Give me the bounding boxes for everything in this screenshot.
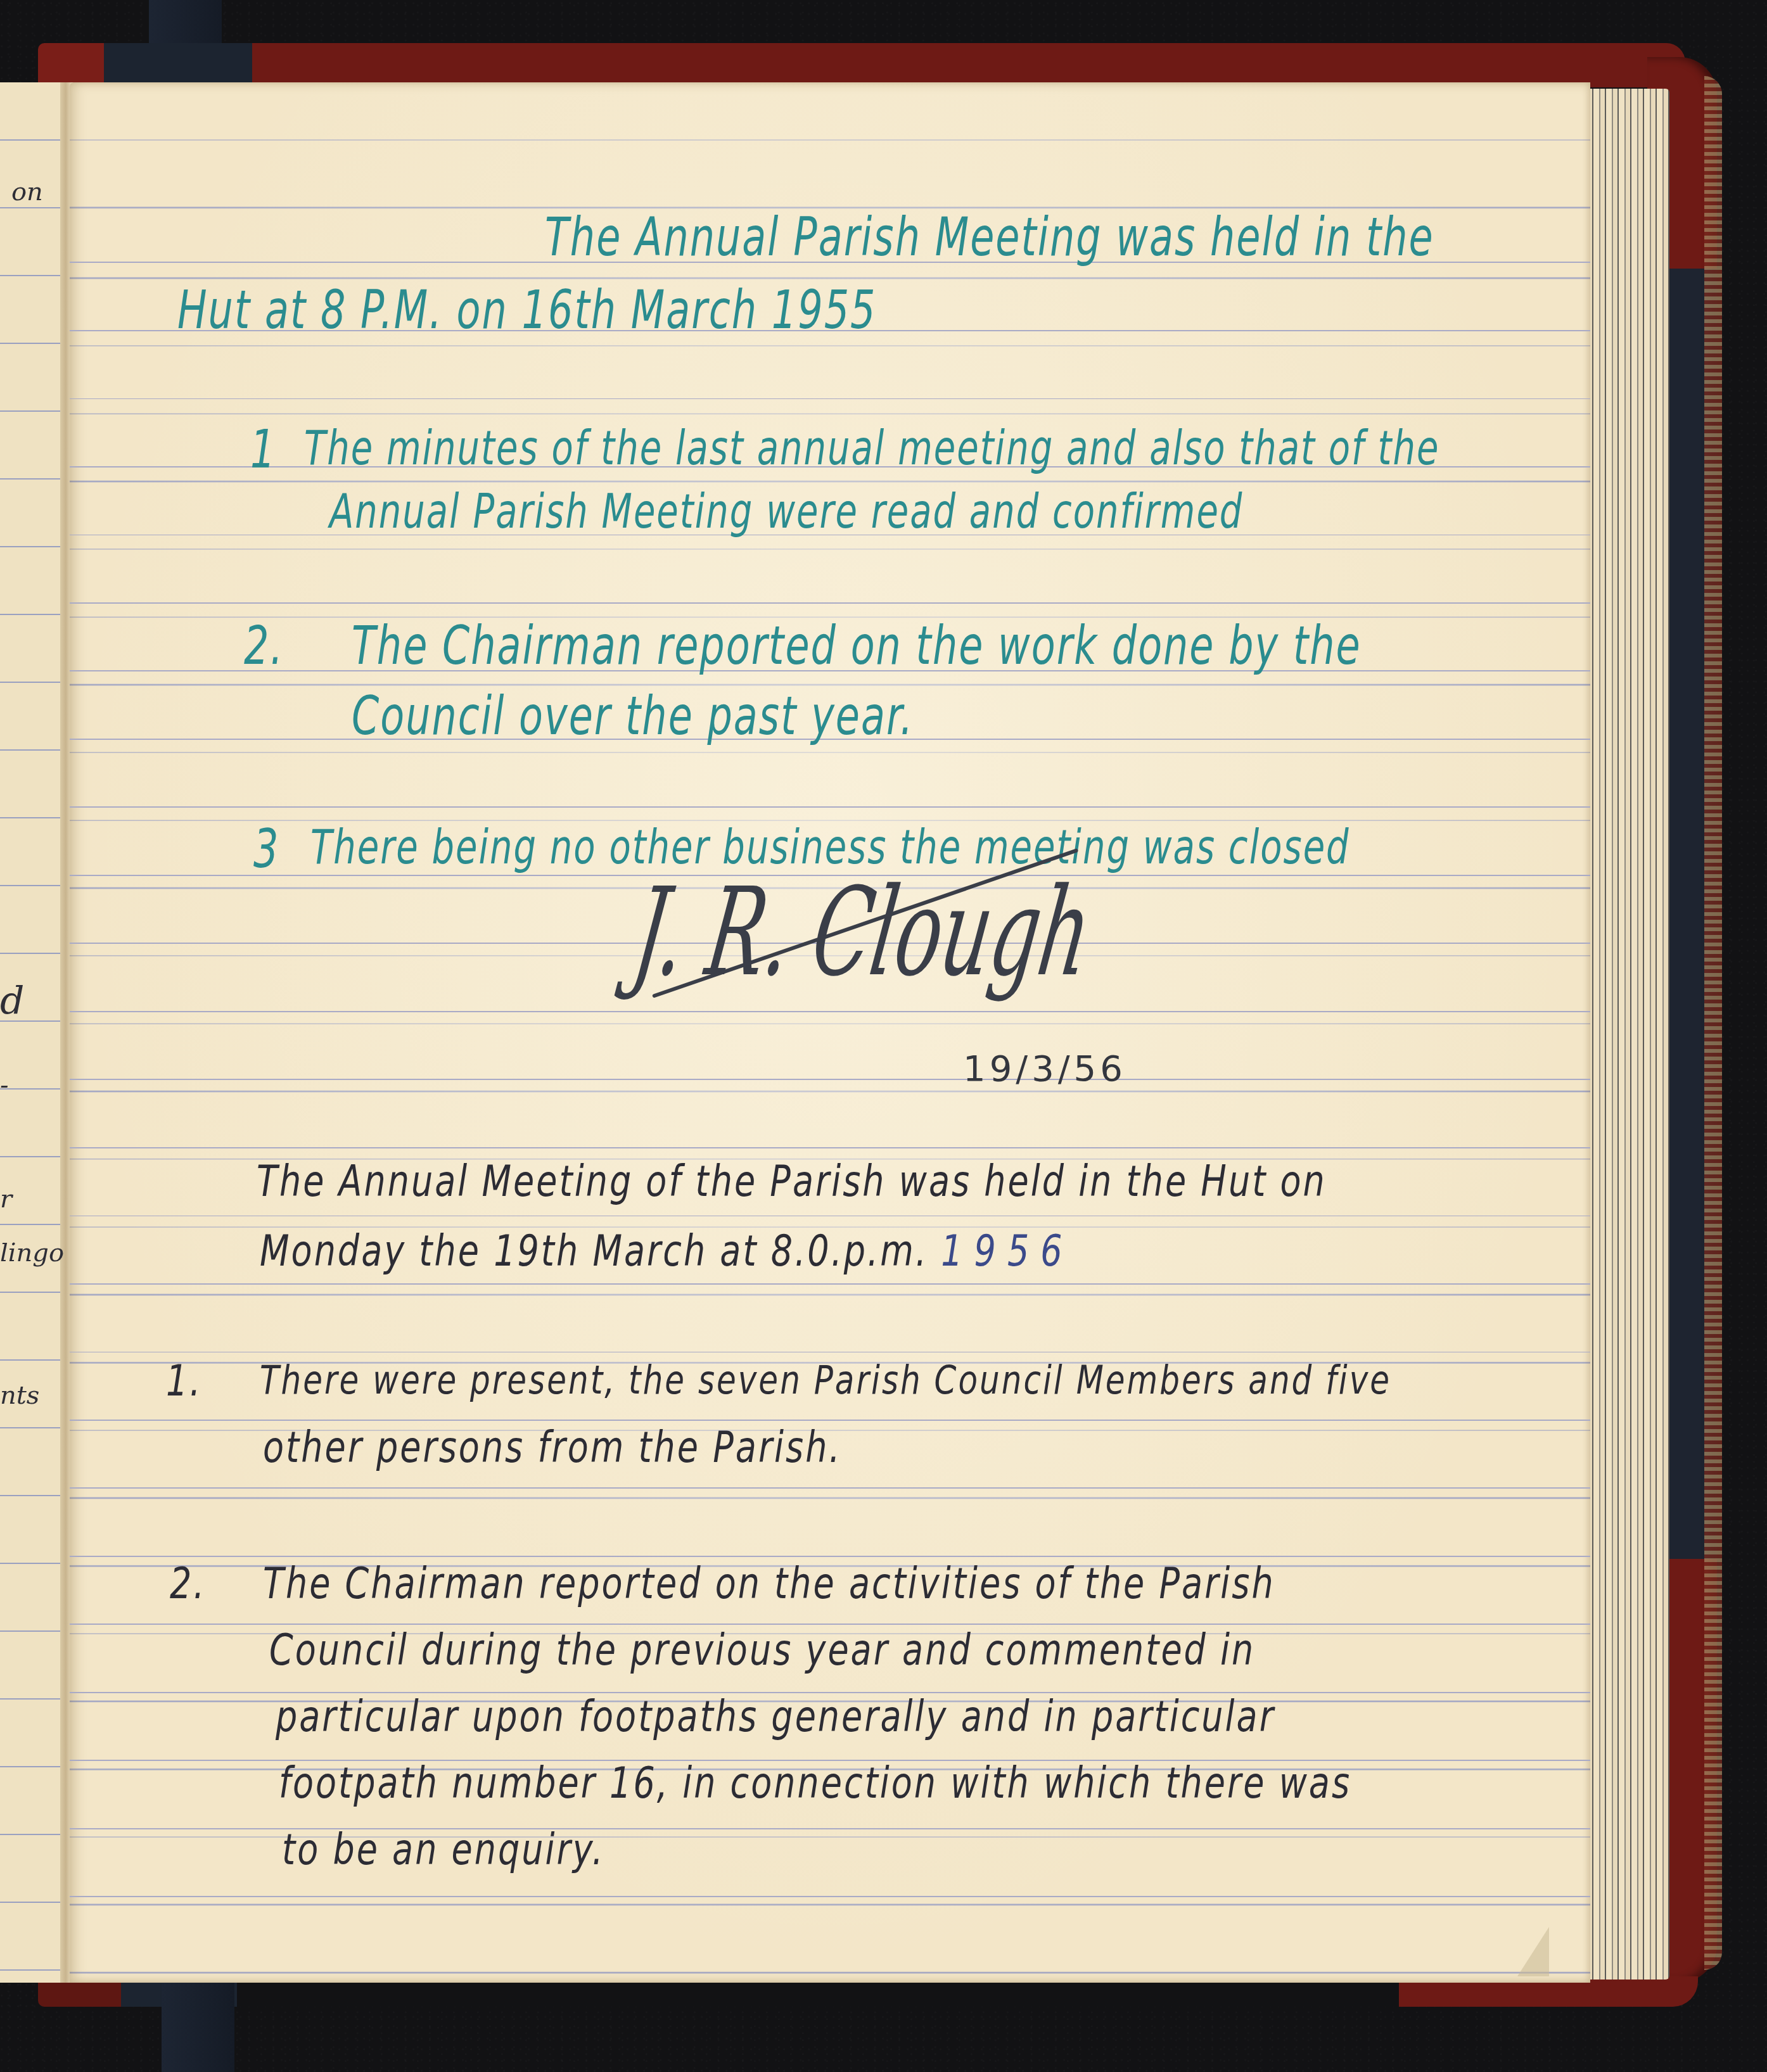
- item-number: 1: [250, 423, 276, 476]
- entry-1956-item-2-line-1: The Chairman reported on the activities …: [263, 1563, 1275, 1606]
- chairman-signature: J. R. Clough: [627, 873, 1098, 995]
- left-page-fragment: lingo: [0, 1238, 64, 1268]
- entry-1956-item-2-line-3: particular upon footpaths generally and …: [276, 1696, 1275, 1739]
- entry-1956-item-2-line-5: to be an enquiry.: [282, 1829, 605, 1872]
- binding-strap-bottom: [162, 1983, 234, 2072]
- left-page-fragment: d: [0, 979, 24, 1023]
- entry-1956-item-1-line-2: other persons from the Parish.: [263, 1427, 842, 1470]
- entry-1956-item-2-line-2: Council during the previous year and com…: [269, 1629, 1255, 1672]
- item-number: 3: [253, 822, 279, 875]
- entry-1956-heading-line-1: The Annual Meeting of the Parish was hel…: [257, 1160, 1327, 1204]
- left-page: [0, 82, 68, 1983]
- item-number: 2.: [170, 1563, 207, 1606]
- book-cover-frayed-edge: [1704, 76, 1722, 1970]
- signature-date: 19/3/56: [963, 1052, 1126, 1087]
- item-number: 2.: [244, 620, 284, 673]
- meeting-year: 1956: [941, 1226, 1073, 1276]
- entry-1955-heading-line-1: The Annual Parish Meeting was held in th…: [545, 211, 1434, 264]
- entry-1956-item-1-line-1: There were present, the seven Parish Cou…: [260, 1361, 1391, 1401]
- entry-1955-heading-line-2: Hut at 8 P.M. on 16th March 1955: [177, 284, 877, 337]
- entry-1955-item-1-line-1: The minutes of the last annual meeting a…: [304, 424, 1439, 473]
- meeting-date-time: Monday the 19th March at 8.0.p.m.: [260, 1226, 928, 1276]
- folded-page-corner: [1517, 1927, 1549, 1976]
- entry-1955-item-2-line-2: Council over the past year.: [352, 689, 914, 742]
- entry-1956-item-2-line-4: footpath number 16, in connection with w…: [279, 1762, 1351, 1805]
- book-cover-top-edge: [38, 43, 1685, 87]
- left-page-fragment: on: [11, 177, 43, 207]
- left-page-fragment: -: [0, 1071, 9, 1100]
- item-number: 1.: [166, 1360, 203, 1403]
- page-stack-edges: [1581, 89, 1669, 1980]
- entry-1955-item-1-line-2: Annual Parish Meeting were read and conf…: [329, 488, 1243, 536]
- left-page-fragment: nts: [0, 1381, 39, 1410]
- entry-1956-heading-line-2: Monday the 19th March at 8.0.p.m. 1956: [260, 1230, 1074, 1273]
- left-page-fragment: r: [0, 1185, 12, 1214]
- entry-1955-item-2-line-1: The Chairman reported on the work done b…: [352, 620, 1362, 673]
